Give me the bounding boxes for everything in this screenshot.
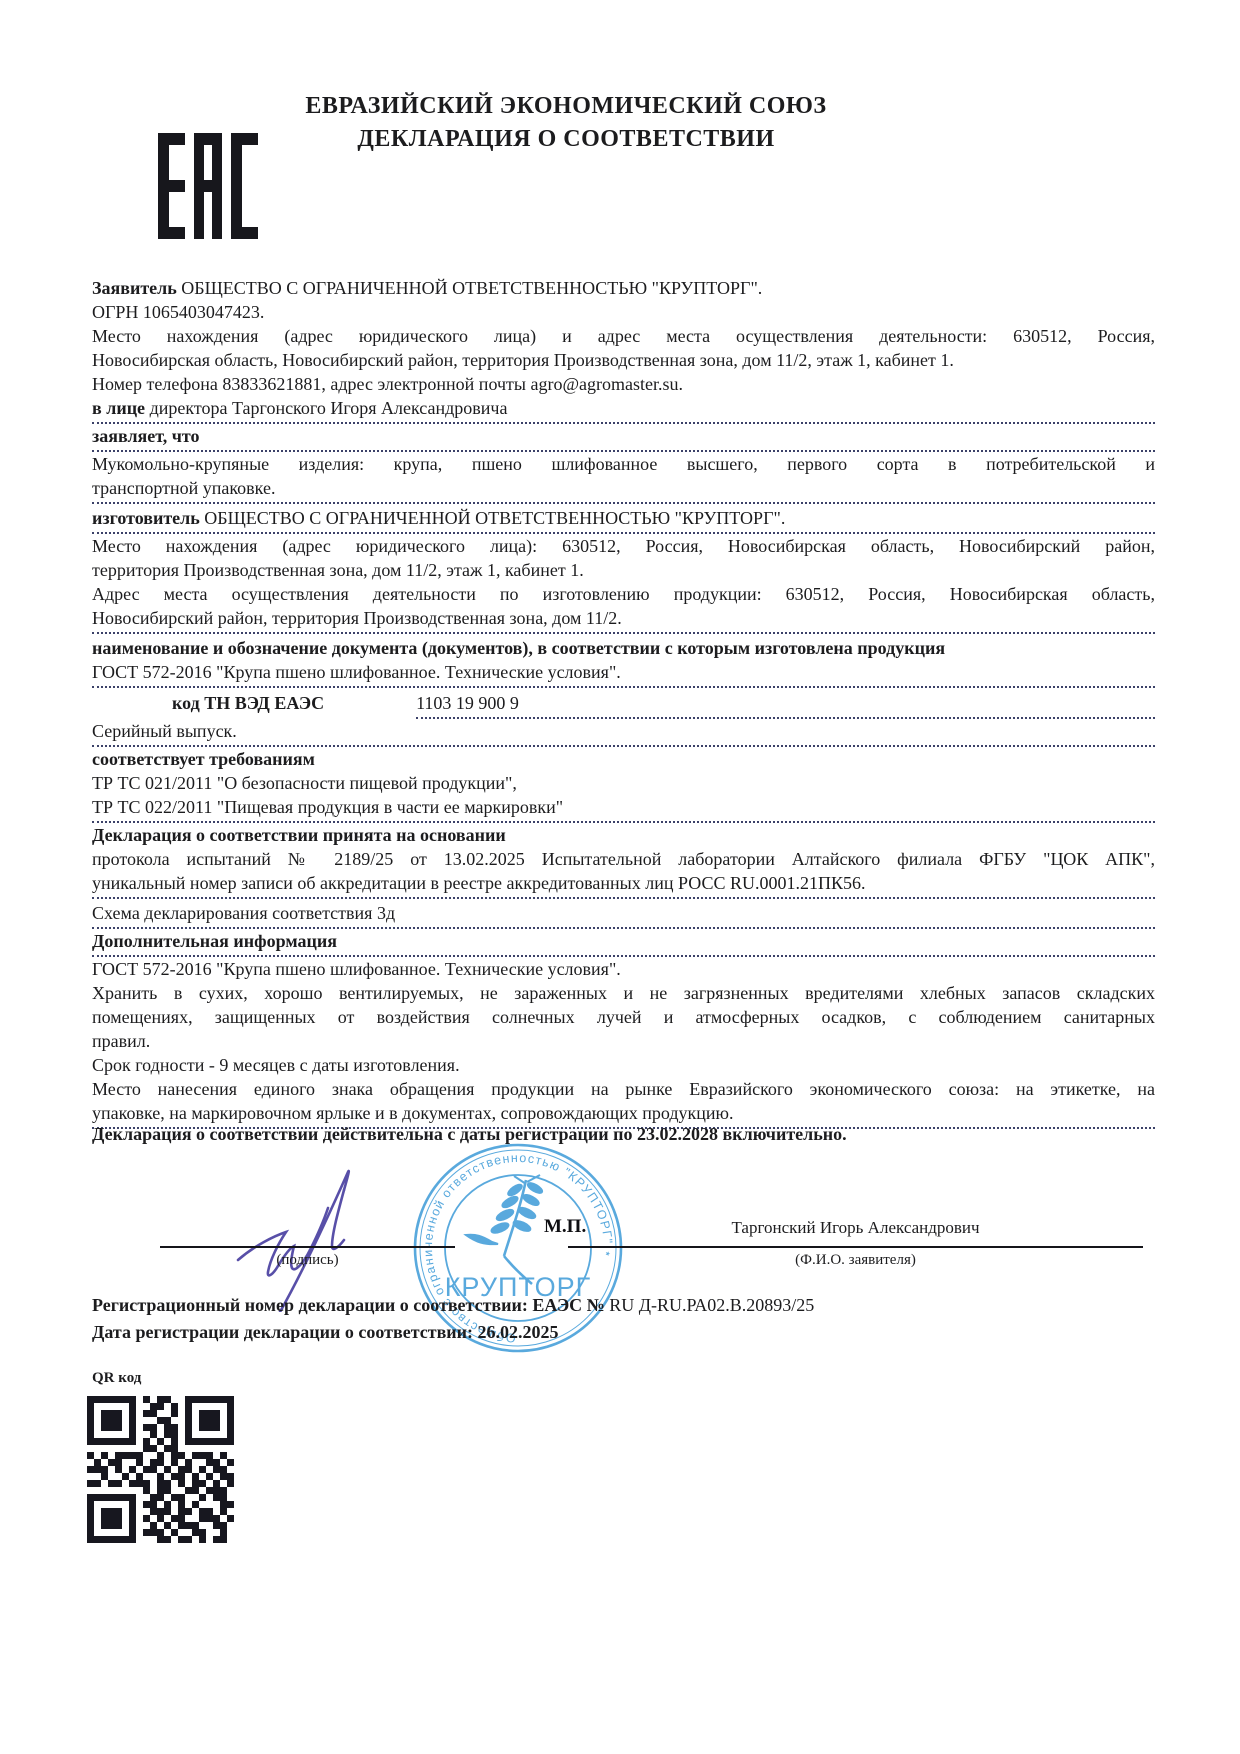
doc-heading: наименование и обозначение документа (до… bbox=[92, 636, 1155, 660]
signature-line bbox=[160, 1246, 455, 1248]
mark-place: Место нанесения единого знака обращения … bbox=[92, 1077, 1155, 1129]
mp-seal-label: М.П. bbox=[544, 1216, 586, 1238]
gost-info-line: ГОСТ 572-2016 "Крупа пшено шлифованное. … bbox=[92, 957, 1155, 981]
applicant-line: Заявитель ОБЩЕСТВО С ОГРАНИЧЕННОЙ ОТВЕТС… bbox=[92, 276, 1155, 300]
signature-caption: (подпись) bbox=[160, 1252, 455, 1269]
wheat-icon bbox=[466, 1175, 544, 1284]
document-body: Заявитель ОБЩЕСТВО С ОГРАНИЧЕННОЙ ОТВЕТС… bbox=[92, 276, 1155, 1131]
registration-footer: Регистрационный номер декларации о соотв… bbox=[92, 1292, 1155, 1543]
manufacturer-value: ОБЩЕСТВО С ОГРАНИЧЕННОЙ ОТВЕТСТВЕННОСТЬЮ… bbox=[200, 508, 786, 528]
title-union: ЕВРАЗИЙСКИЙ ЭКОНОМИЧЕСКИЙ СОЮЗ bbox=[240, 90, 892, 123]
director-label: в лице bbox=[92, 398, 145, 418]
tnved-row: код ТН ВЭД ЕАЭС 1103 19 900 9 bbox=[92, 691, 1155, 719]
qr-code bbox=[87, 1396, 1155, 1543]
basis-heading: Декларация о соответствии принята на осн… bbox=[92, 823, 1155, 847]
handwritten-signature bbox=[220, 1152, 405, 1312]
registration-date-label: Дата регистрации декларации о соответств… bbox=[92, 1322, 473, 1342]
registration-date-line: Дата регистрации декларации о соответств… bbox=[92, 1319, 1155, 1346]
document-title: ЕВРАЗИЙСКИЙ ЭКОНОМИЧЕСКИЙ СОЮЗ ДЕКЛАРАЦИ… bbox=[240, 90, 892, 156]
phone-line: Номер телефона 83833621881, адрес электр… bbox=[92, 372, 1155, 396]
tnved-label: код ТН ВЭД ЕАЭС bbox=[92, 691, 324, 715]
product-description: Мукомольно-крупяные изделия: крупа, пшен… bbox=[92, 452, 1155, 504]
manufacturer-label: изготовитель bbox=[92, 508, 200, 528]
storage-conditions: Хранить в сухих, хорошо вентилируемых, н… bbox=[92, 981, 1155, 1053]
tr-022: ТР ТС 022/2011 "Пищевая продукция в част… bbox=[92, 795, 1155, 823]
manufacturer-line: изготовитель ОБЩЕСТВО С ОГРАНИЧЕННОЙ ОТВ… bbox=[92, 506, 1155, 534]
registration-number-line: Регистрационный номер декларации о соотв… bbox=[92, 1292, 1155, 1319]
director-value: директора Таргонского Игоря Александрови… bbox=[145, 398, 507, 418]
tr-021: ТР ТС 021/2011 "О безопасности пищевой п… bbox=[92, 771, 1155, 795]
serial-line: Серийный выпуск. bbox=[92, 719, 1155, 747]
applicant-label: Заявитель bbox=[92, 278, 177, 298]
qr-code-label: QR код bbox=[92, 1365, 1155, 1392]
title-declaration: ДЕКЛАРАЦИЯ О СООТВЕТСТВИИ bbox=[240, 123, 892, 156]
ogrn-line: ОГРН 1065403047423. bbox=[92, 300, 1155, 324]
signature-area: Общество с ограниченной ответственностью… bbox=[92, 1146, 1155, 1292]
applicant-value: ОБЩЕСТВО С ОГРАНИЧЕННОЙ ОТВЕТСТВЕННОСТЬЮ… bbox=[177, 278, 763, 298]
declares-heading: заявляет, что bbox=[92, 424, 1155, 452]
tnved-value: 1103 19 900 9 bbox=[416, 691, 1155, 719]
protocol-line: протокола испытаний № 2189/25 от 13.02.2… bbox=[92, 847, 1155, 899]
registration-number-value: RU Д-RU.РА02.В.20893/25 bbox=[605, 1295, 815, 1315]
fio-caption: (Ф.И.О. заявителя) bbox=[568, 1252, 1143, 1269]
fio-line bbox=[568, 1246, 1143, 1248]
additional-heading: Дополнительная информация bbox=[92, 929, 1155, 957]
declaration-document: ЕВРАЗИЙСКИЙ ЭКОНОМИЧЕСКИЙ СОЮЗ ДЕКЛАРАЦИ… bbox=[0, 0, 1240, 1754]
director-line: в лице директора Таргонского Игоря Алекс… bbox=[92, 396, 1155, 424]
applicant-fio: Таргонский Игорь Александрович bbox=[568, 1218, 1143, 1238]
shelf-life-line: Срок годности - 9 месяцев с даты изготов… bbox=[92, 1053, 1155, 1077]
manufacturer-address: Место нахождения (адрес юридического лиц… bbox=[92, 534, 1155, 582]
scheme-line: Схема декларирования соответствия 3д bbox=[92, 901, 1155, 929]
registration-number-label: Регистрационный номер декларации о соотв… bbox=[92, 1295, 605, 1315]
gost-line: ГОСТ 572-2016 "Крупа пшено шлифованное. … bbox=[92, 660, 1155, 688]
applicant-address: Место нахождения (адрес юридического лиц… bbox=[92, 324, 1155, 372]
registration-date-value: 26.02.2025 bbox=[473, 1322, 559, 1342]
complies-heading: соответствует требованиям bbox=[92, 747, 1155, 771]
production-address: Адрес места осуществления деятельности п… bbox=[92, 582, 1155, 634]
